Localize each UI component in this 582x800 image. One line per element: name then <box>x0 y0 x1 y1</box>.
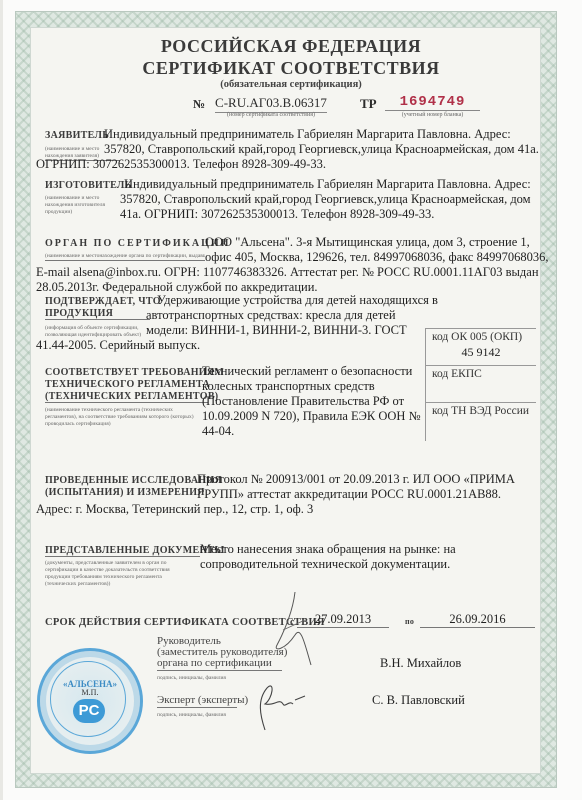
product-line-3: модели: ВИННИ-1, ВИННИ-2, ВИННИ-3. ГОСТ <box>146 323 407 338</box>
product-line-2: автотранспортных средствах: кресла для д… <box>146 308 396 323</box>
applicant-line-1: Индивидуальный предприниматель Габриелян… <box>104 127 511 142</box>
manufacturer-caption: (наименование и место нахождения изготов… <box>45 195 120 216</box>
documents-caption: (документы, представленные заявителем в … <box>45 560 187 588</box>
cert-body-line-2: офис 405, Москва, 129626, тел. 849970680… <box>205 250 548 265</box>
cert-body-line-1: ООО "Альсена". 3-я Мытищинская улица, до… <box>205 235 530 250</box>
tp-caption: (учетный номер бланка) <box>385 112 480 118</box>
document-title: СЕРТИФИКАТ СООТВЕТСТВИЯ <box>0 58 582 79</box>
cert-body-label: ОРГАН ПО СЕРТИФИКАЦИИ <box>45 238 230 249</box>
cert-number-value: C-RU.АГ03.В.06317 <box>215 95 327 113</box>
okp-code-value: 45 9142 <box>426 345 536 360</box>
tests-label-1: ПРОВЕДЕННЫЕ ИССЛЕДОВАНИЯ <box>45 475 222 486</box>
tnved-code-label: код ТН ВЭД России <box>426 403 536 417</box>
manufacturer-line-2: 357820, Ставропольский край,город Георги… <box>120 192 531 207</box>
head-signature <box>265 590 325 670</box>
ekps-code-label: код ЕКПС <box>426 366 536 380</box>
product-label: ПРОДУКЦИЯ <box>45 308 150 320</box>
manufacturer-line-1: Индивидуальный предприниматель Габриелян… <box>124 177 531 192</box>
country-heading: РОССИЙСКАЯ ФЕДЕРАЦИЯ <box>0 36 582 57</box>
applicant-label: ЗАЯВИТЕЛЬ <box>45 130 109 141</box>
cert-number-label: № <box>193 97 205 112</box>
product-caption: (информация об объекте сертификации, поз… <box>45 325 145 339</box>
certification-stamp: «АЛЬСЕНА» М.П. PC <box>37 648 143 754</box>
manufacturer-line-3: 41а. ОГРНИП: 307262535300013. Телефон 89… <box>120 207 434 222</box>
documents-label: ПРЕДСТАВЛЕННЫЕ ДОКУМЕНТЫ <box>45 545 200 557</box>
tests-line-3: Адрес: г. Москва, Тетеринский пер., 12, … <box>36 502 313 517</box>
documents-line-1: Место нанесения знака обращения на рынке… <box>200 542 456 557</box>
product-line-1: Удерживающие устройства для детей находя… <box>157 293 438 308</box>
regulation-line-5: 44-04. <box>202 424 234 439</box>
validity-to-label: по <box>405 617 414 626</box>
scan-edge <box>0 0 3 800</box>
product-line-4: 41.44-2005. Серийный выпуск. <box>36 338 200 353</box>
tests-line-2: ГРУПП» аттестат аккредитации РОСС RU.000… <box>197 487 501 502</box>
expert-name: С. В. Павловский <box>372 693 465 708</box>
cert-body-caption: (наименование и местонахождение органа п… <box>45 253 205 261</box>
ekps-code-box: код ЕКПС <box>425 365 536 402</box>
tests-label-2: (ИСПЫТАНИЯ) И ИЗМЕРЕНИЯ <box>45 487 205 498</box>
document-subtitle: (обязательная сертификация) <box>0 79 582 90</box>
confirms-label: ПОДТВЕРЖДАЕТ, ЧТО <box>45 296 161 307</box>
expert-signatory-title: Эксперт (эксперты) подпись, инициалы, фа… <box>157 695 237 721</box>
expert-label: Эксперт (эксперты) <box>157 695 237 708</box>
expert-signature <box>245 680 315 735</box>
regulation-label-1: СООТВЕТСТВУЕТ ТРЕБОВАНИЯМ <box>45 367 224 378</box>
okp-code-box: код ОК 005 (ОКП) 45 9142 <box>425 328 536 365</box>
regulation-caption: (наименование технического регламента (т… <box>45 407 205 428</box>
head-title-line-3: органа по сертификации <box>157 658 282 671</box>
rosstest-logo-icon: PC <box>73 699 105 723</box>
regulation-line-3: (Постановление Правительства РФ от <box>202 394 404 409</box>
validity-to-date: 26.09.2016 <box>420 612 535 628</box>
regulation-label-3: (ТЕХНИЧЕСКИХ РЕГЛАМЕНТОВ) <box>45 391 208 403</box>
expert-caption: подпись, инициалы, фамилия <box>157 710 237 721</box>
tp-label: ТР <box>360 96 377 112</box>
cert-number-caption: (номер сертификата соответствия) <box>215 112 327 118</box>
regulation-line-1: Технический регламент о безопасности <box>202 364 412 379</box>
tp-blank-number: 1694749 <box>385 94 480 111</box>
stamp-mp: М.П. <box>40 688 140 697</box>
regulation-label-2: ТЕХНИЧЕСКОГО РЕГЛАМЕНТА <box>45 379 210 390</box>
cert-body-line-3: E-mail alsena@inbox.ru. ОГРН: 1107746383… <box>36 265 539 280</box>
manufacturer-label: ИЗГОТОВИТЕЛЬ <box>45 180 132 191</box>
tests-line-1: Протокол № 200913/001 от 20.09.2013 г. И… <box>197 472 515 487</box>
head-name: В.Н. Михайлов <box>380 656 461 671</box>
regulation-line-4: 10.09.2009 N 720), Правила ЕЭК ООН № <box>202 409 421 424</box>
regulation-line-2: колесных транспортных средств <box>202 379 375 394</box>
applicant-line-2: 357820, Ставропольский край,город Георги… <box>104 142 539 157</box>
applicant-line-3: ОГРНИП: 307262535300013. Телефон 8928-30… <box>36 157 326 172</box>
tnved-code-box: код ТН ВЭД России <box>425 402 536 441</box>
okp-code-label: код ОК 005 (ОКП) <box>426 329 536 343</box>
documents-line-2: сопроводительной технической документаци… <box>200 557 450 572</box>
